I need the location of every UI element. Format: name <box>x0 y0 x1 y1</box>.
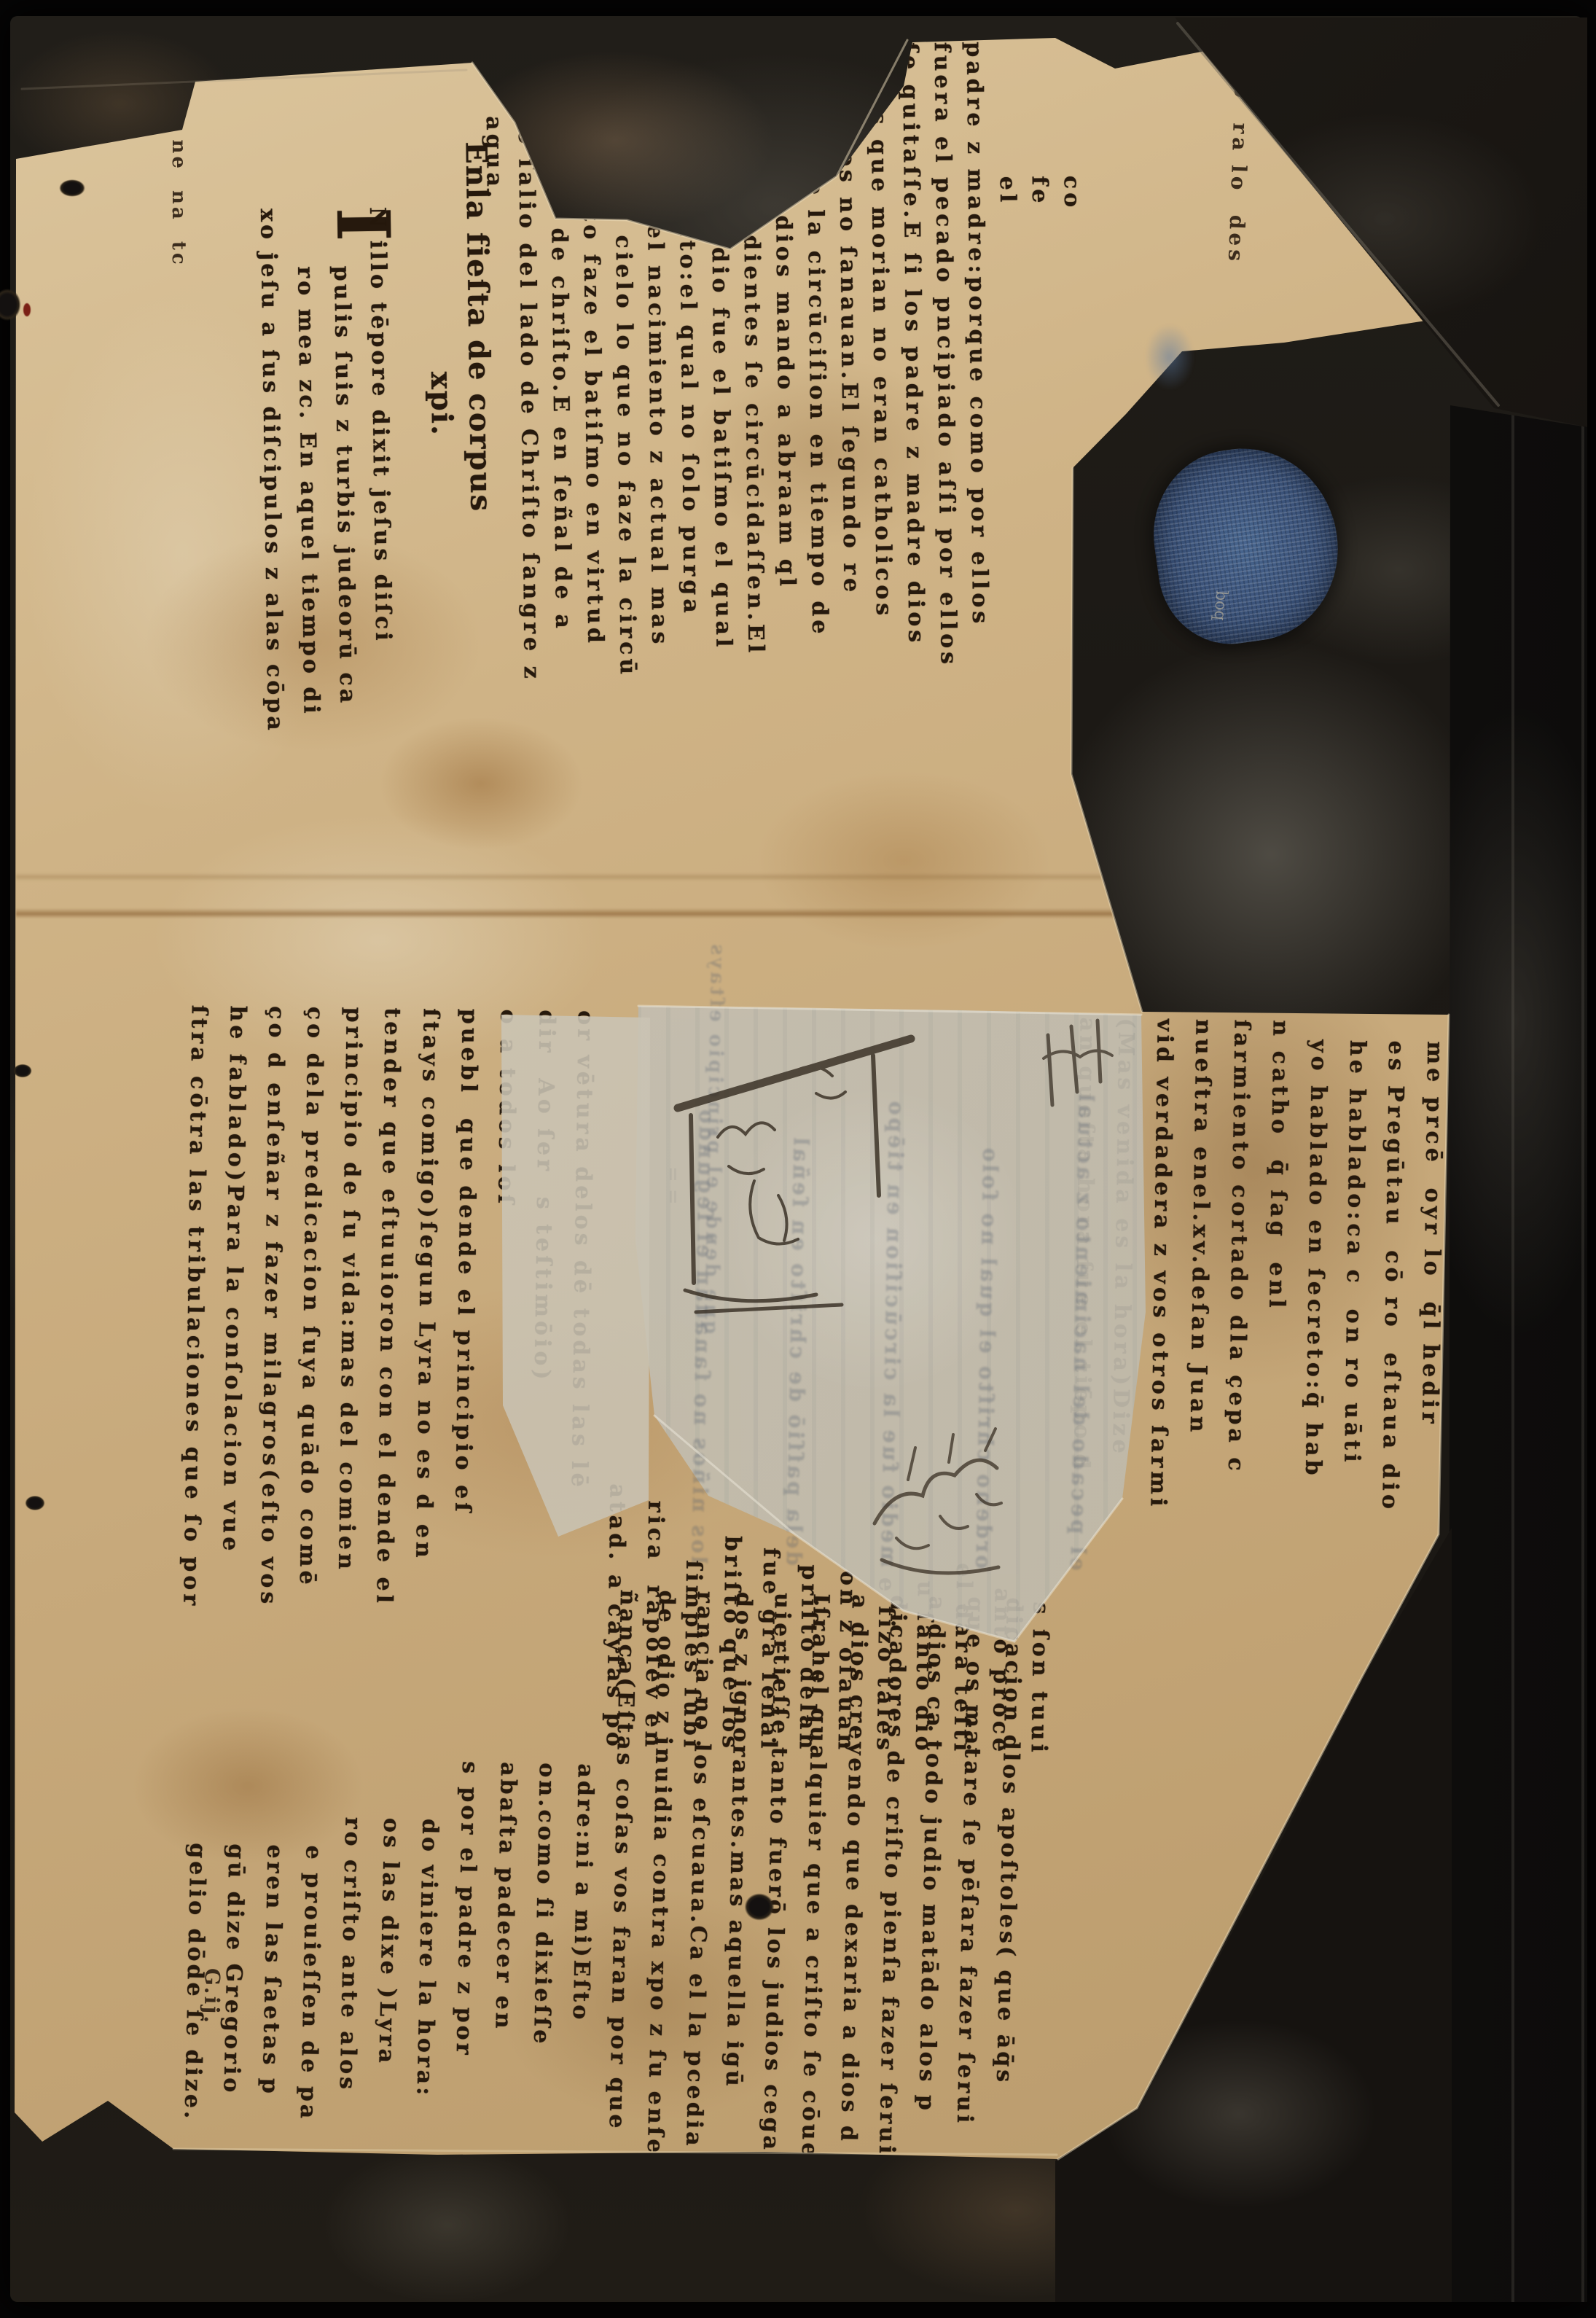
faint-crease <box>16 873 1109 881</box>
wormhole <box>23 1494 47 1512</box>
quire-signature: G.ij. <box>196 1968 227 2049</box>
ghost-print-line: que dende el principio eſtays <box>689 926 740 1335</box>
text-line: pulis ſuis z turbis judeorū ca <box>322 207 366 740</box>
heading-line: Enla fieſta de corpus <box>456 141 500 561</box>
lower-fragment-column-b: dicacion dlos apoſtoles( que āq̄sque os … <box>172 1580 1033 2159</box>
text-line: N illo tēpore dixit jeſus diſci <box>359 207 402 740</box>
photo-of-book-pastedown: cofeelpadre z madre:porque como por ello… <box>0 0 1596 2318</box>
heading-corpus-christi: Enla fieſta de corpus xpi. <box>418 141 500 561</box>
drop-cap-initial: I <box>326 207 400 245</box>
wormhole <box>12 1063 34 1079</box>
red-pigment-mark <box>23 303 31 316</box>
handwriting-trace: boq <box>1208 590 1231 642</box>
text-line: el pecado del nacimiento z actual <box>1030 1023 1134 1571</box>
text-line: xo jeſu a ſus diſcipulos z alas cōpa <box>249 208 293 741</box>
heading-line: xpi. <box>418 142 462 562</box>
wormhole <box>57 178 87 198</box>
horizontal-crease <box>16 908 1138 918</box>
gospel-incipit: I N illo tēpore dixit jeſus diſcipulis ſ… <box>249 207 402 741</box>
text-line: dela paſſiō de chriſto en ſeñal <box>746 1018 850 1566</box>
paper-loss-hole <box>742 1891 777 1923</box>
text-line: ordeno chriſto el qual no ſolo <box>935 1021 1039 1569</box>
text-line: medio fue la circūciſion en tiēpo <box>840 1020 944 1568</box>
incipit-lines: N illo tēpore dixit jeſus diſcipulis ſui… <box>249 207 402 741</box>
text-line: ro mea zc. En aquel tiempo di <box>286 208 329 741</box>
blue-fabric-fray <box>1137 313 1202 401</box>
